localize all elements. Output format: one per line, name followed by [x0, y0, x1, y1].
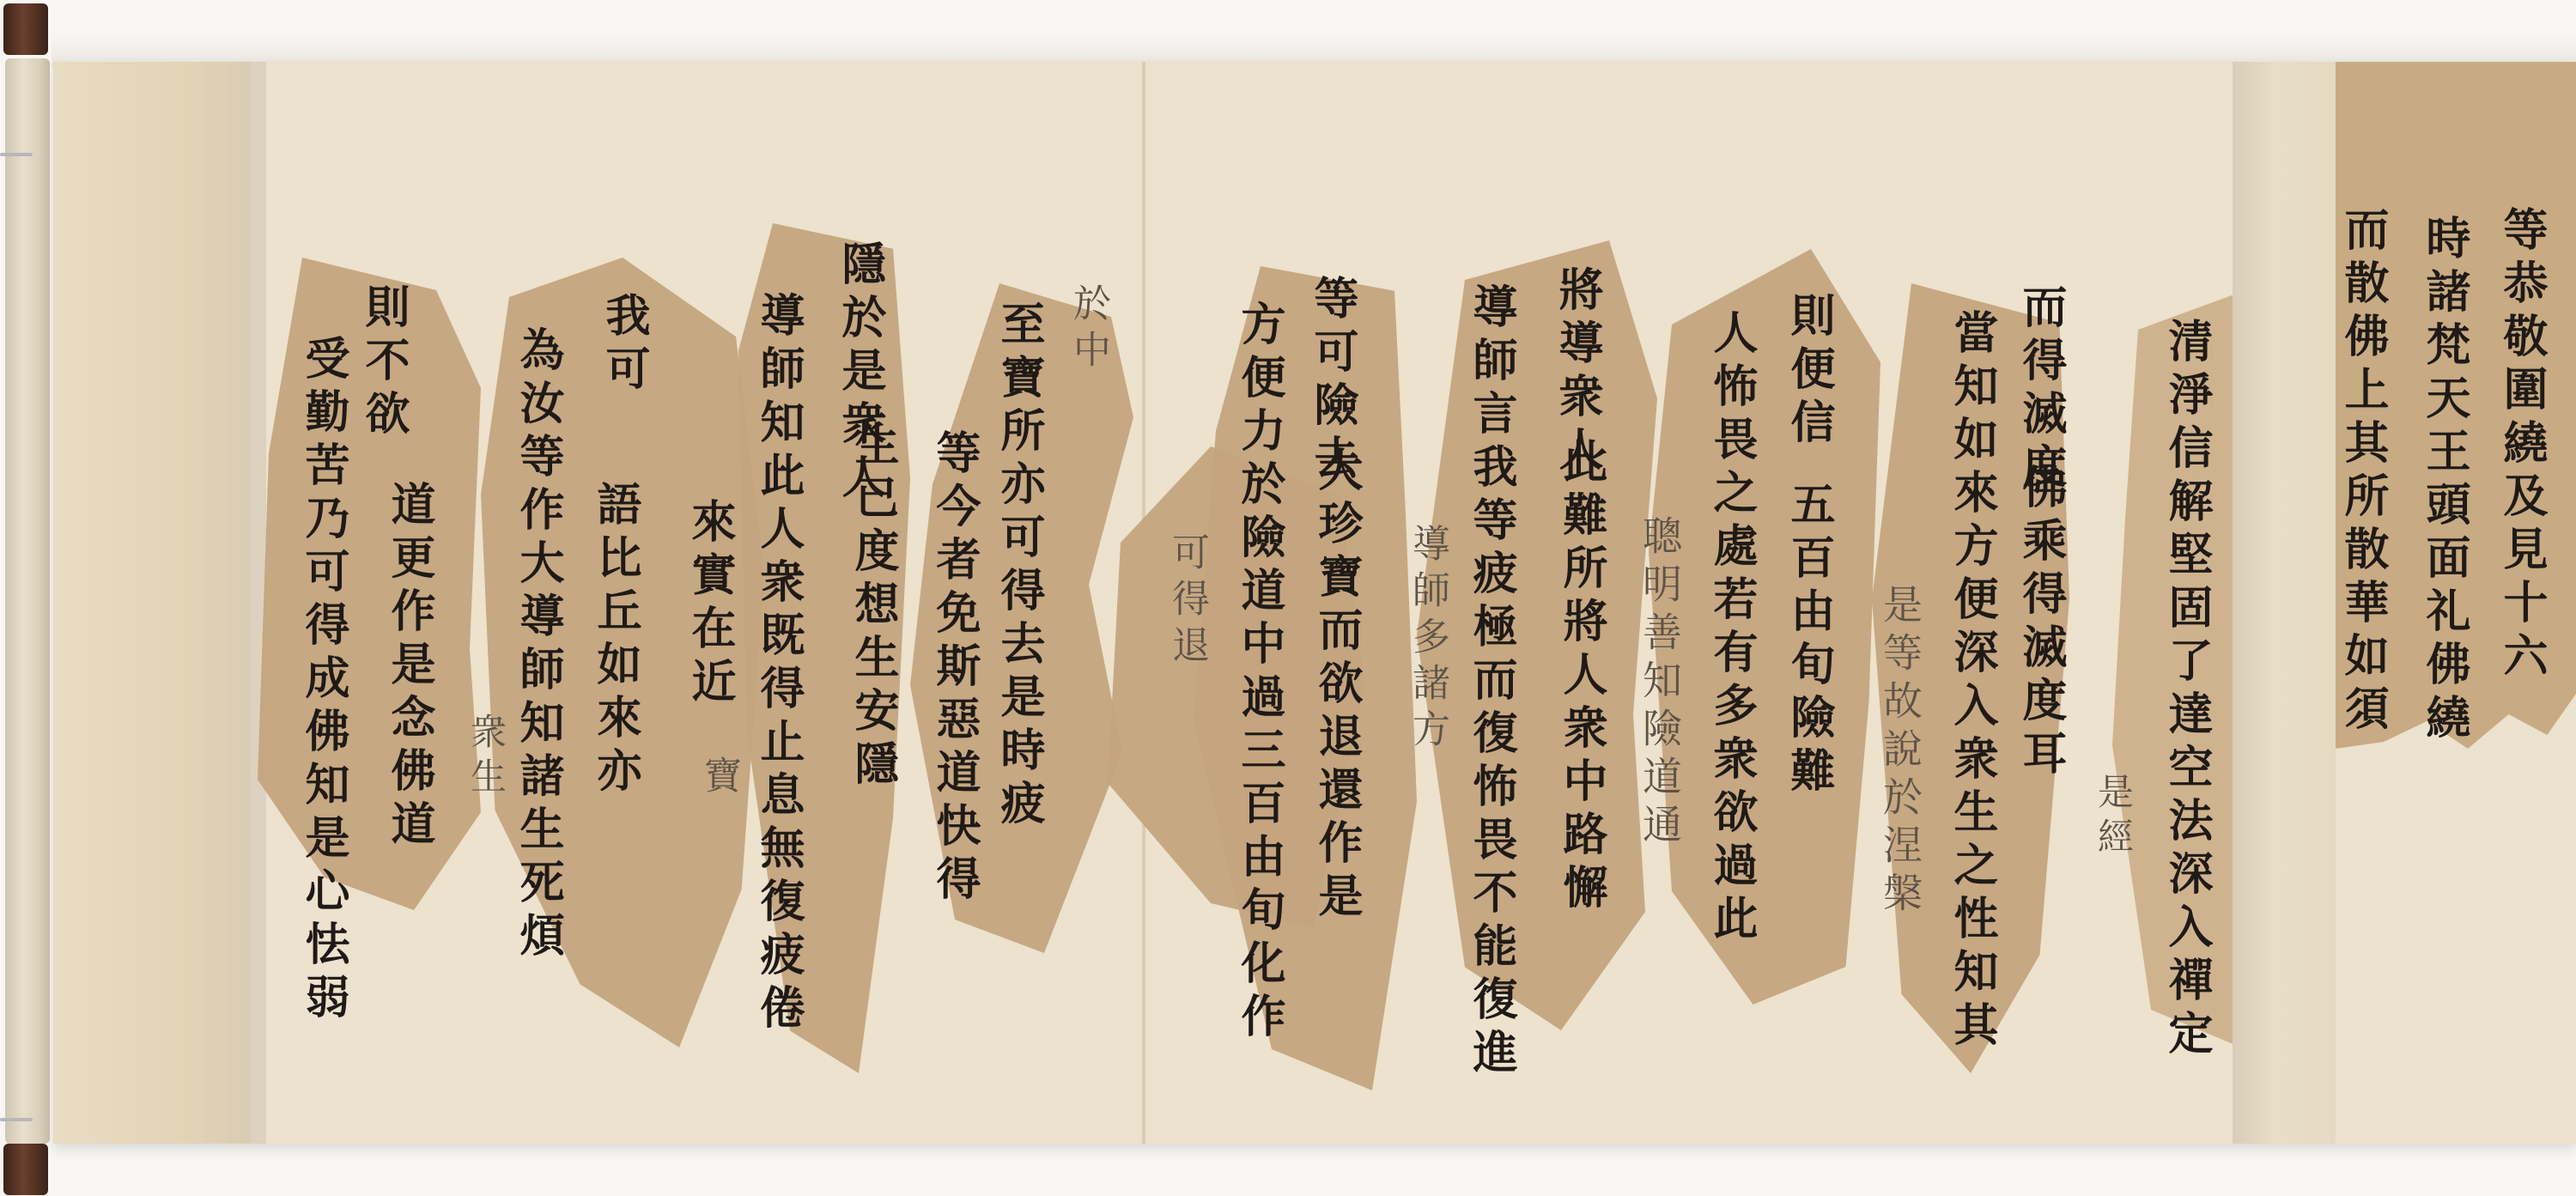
scroll-roller[interactable] [5, 58, 50, 1144]
text-column: 受勤苦乃可得成佛知是心怯弱 [301, 335, 345, 1027]
roller-cap-top [3, 3, 48, 55]
text-column: 五百由旬險難 [1786, 481, 1831, 800]
text-column: 可得退 [1168, 532, 1206, 671]
text-column: 於中 [1069, 283, 1107, 376]
text-column: 而散佛上其所散華如須 [2340, 206, 2385, 738]
text-column: 當知如來方便深入衆生之性知其 [1949, 309, 1994, 1054]
text-column: 此難所將人衆中路懈 [1558, 438, 1603, 917]
tie-cord [0, 153, 33, 156]
text-column: 導師知此人衆既得止息無復疲倦 [756, 292, 800, 1037]
text-column: 語比丘如來亦 [592, 481, 637, 800]
mounting-paper-left [53, 62, 251, 1144]
text-column: 清淨信解堅固了達空法深入禪定 [2164, 318, 2208, 1063]
text-column: 寶 [700, 756, 738, 802]
roller-cap-bottom [3, 1144, 48, 1195]
text-column: 方便力於險道中過三百由旬化作 [1236, 301, 1281, 1046]
text-column: 聰明善知險道通 [1640, 515, 1680, 852]
text-column: 則不欲 [361, 283, 405, 443]
text-column: 導師多諸方 [1408, 524, 1446, 756]
manuscript-fragment [1649, 249, 1880, 1005]
text-column: 是等故說於涅槃 [1880, 584, 1920, 920]
text-column: 大珍寶而欲退還作是 [1314, 446, 1358, 926]
text-column: 生已度想生安隱 [850, 421, 895, 793]
text-column: 是經 [2095, 773, 2131, 862]
tie-cord [0, 1118, 33, 1121]
text-column: 來實在近 [687, 498, 732, 711]
text-column: 衆生 [468, 713, 504, 802]
text-column: 至寶所亦可得去是時疲 [996, 301, 1041, 833]
text-column: 導師言我等疲極而復怖畏不能復進 [1468, 283, 1513, 1082]
text-column: 人怖畏之處若有多衆欲過此 [1709, 309, 1753, 948]
text-column: 等恭敬圍繞及見十六 [2499, 206, 2543, 685]
text-column: 時諸梵天王頭面礼佛繞 [2421, 215, 2466, 747]
text-column: 等今者免斯惡道快得 [932, 429, 976, 908]
text-column: 我可 [601, 292, 646, 398]
mounting-strip-right [2233, 62, 2336, 1144]
text-column: 則便信 [1786, 292, 1831, 452]
text-column: 為汝等作大導師知諸生死煩 [515, 326, 560, 965]
text-column: 道更作是念佛道 [386, 481, 431, 853]
text-column: 佛乘得滅度耳 [2018, 464, 2063, 783]
